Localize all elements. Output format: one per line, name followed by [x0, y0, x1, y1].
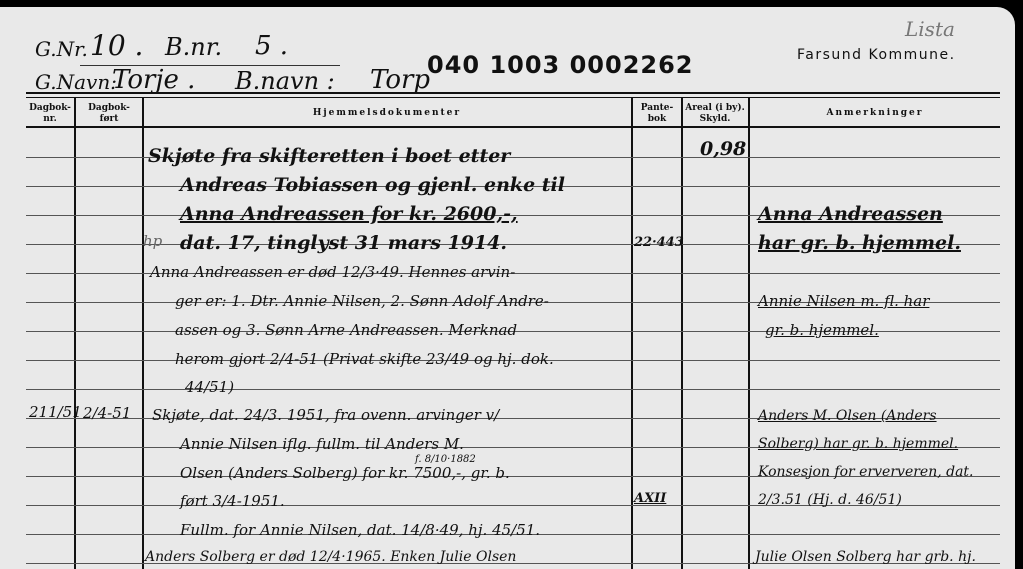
- margin-note: hp: [143, 232, 162, 250]
- gnr-value: 10 .: [90, 29, 143, 62]
- pantebok-value: AXII: [634, 491, 666, 506]
- anmerkning-line: 2/3.51 (Hj. d. 46/51): [758, 492, 902, 508]
- gnavn-value: Torje .: [112, 65, 195, 95]
- hjemmel-line: Fullm. for Annie Nilsen, dat. 14/8·49, h…: [180, 521, 540, 539]
- anmerkning-line: gr. b. hjemmel.: [765, 321, 879, 339]
- hjemmel-line: herom gjort 2/4-51 (Privat skifte 23/49 …: [175, 350, 554, 368]
- header-top-rule: [26, 92, 1000, 94]
- hjemmel-line: Annie Nilsen iflg. fullm. til Anders M.: [180, 435, 464, 453]
- hjemmel-line: Anders Solberg er død 12/4·1965. Enken J…: [145, 549, 516, 565]
- col-divider: [142, 97, 144, 569]
- col-header-dagbok-fort: Dagbok- ført: [76, 103, 142, 125]
- header-top-rule-2: [26, 97, 1000, 98]
- hjemmel-line: Skjøte fra skifteretten i boet etter: [148, 145, 510, 167]
- kommune-label: Farsund Kommune.: [797, 47, 956, 63]
- pantebok-value: 22·443: [634, 235, 684, 250]
- col-divider: [74, 97, 76, 569]
- anmerkning-line: Konsesjon for erververen, dat.: [758, 464, 974, 480]
- col-header-anmerkninger: Anmerkninger: [750, 108, 1000, 119]
- gnavn-label: G.Navn:: [35, 70, 117, 94]
- dagbok-fort-value: 2/4-51: [83, 404, 131, 422]
- col-header-areal: Areal (i by). Skyld.: [682, 103, 748, 125]
- ruled-line: [26, 389, 1000, 390]
- pencil-note: Listа: [905, 17, 955, 41]
- bnr-label: B.nr.: [165, 33, 222, 61]
- property-register-card: G.Nr. 10 . B.nr. 5 . G.Navn: Torje . B.n…: [0, 7, 1015, 569]
- hjemmel-line: 44/51): [185, 378, 234, 396]
- hjemmel-line: Andreas Tobiassen og gjenl. enke til: [180, 174, 565, 196]
- col-header-dagbok-nr: Dagbok- nr.: [26, 103, 74, 125]
- anmerkning-line: Anna Andreassen: [758, 203, 943, 225]
- areal-value: 0,98: [700, 138, 746, 160]
- bnavn-value: Torp: [370, 65, 430, 95]
- hjemmel-line: ført 3/4-1951.: [180, 492, 285, 510]
- col-header-hjemmel: Hjemmelsdokumenter: [144, 108, 630, 119]
- hjemmel-line: Skjøte, dat. 24/3. 1951, fra ovenn. arvi…: [152, 406, 499, 424]
- header-bottom-rule: [26, 126, 1000, 128]
- hjemmel-line: ger er: 1. Dtr. Annie Nilsen, 2. Sønn Ad…: [175, 292, 549, 310]
- stamp-number: 040 1003 0002262: [427, 51, 694, 79]
- hjemmel-line: assen og 3. Sønn Arne Andreassen. Merkna…: [175, 321, 517, 339]
- hjemmel-line: Anna Andreassen for kr. 2600,-,: [180, 203, 518, 225]
- anmerkning-line: Anders M. Olsen (Anders: [758, 408, 937, 424]
- hjemmel-line: dat. 17, tinglyst 31 mars 1914.: [180, 232, 507, 254]
- anmerkning-line: har gr. b. hjemmel.: [758, 232, 961, 254]
- hjemmel-line: Anna Andreassen er død 12/3·49. Hennes a…: [150, 263, 515, 281]
- col-header-pantebok: Pante- bok: [633, 103, 681, 125]
- bnr-value: 5 .: [255, 31, 288, 61]
- dagbok-nr-value: 211/51: [29, 403, 82, 421]
- hjemmel-line: Olsen (Anders Solberg) for kr. 7500,-, g…: [180, 464, 510, 482]
- col-divider: [748, 97, 750, 569]
- col-divider: [681, 97, 683, 569]
- bnavn-label: B.navn :: [235, 67, 335, 95]
- gnr-label: G.Nr.: [35, 37, 88, 61]
- anmerkning-line: Annie Nilsen m. fl. har: [758, 292, 929, 310]
- anmerkning-line: Julie Olsen Solberg har grb. hj.: [755, 549, 976, 565]
- col-divider: [631, 97, 633, 569]
- anmerkning-line: Solberg) har gr. b. hjemmel.: [758, 436, 958, 452]
